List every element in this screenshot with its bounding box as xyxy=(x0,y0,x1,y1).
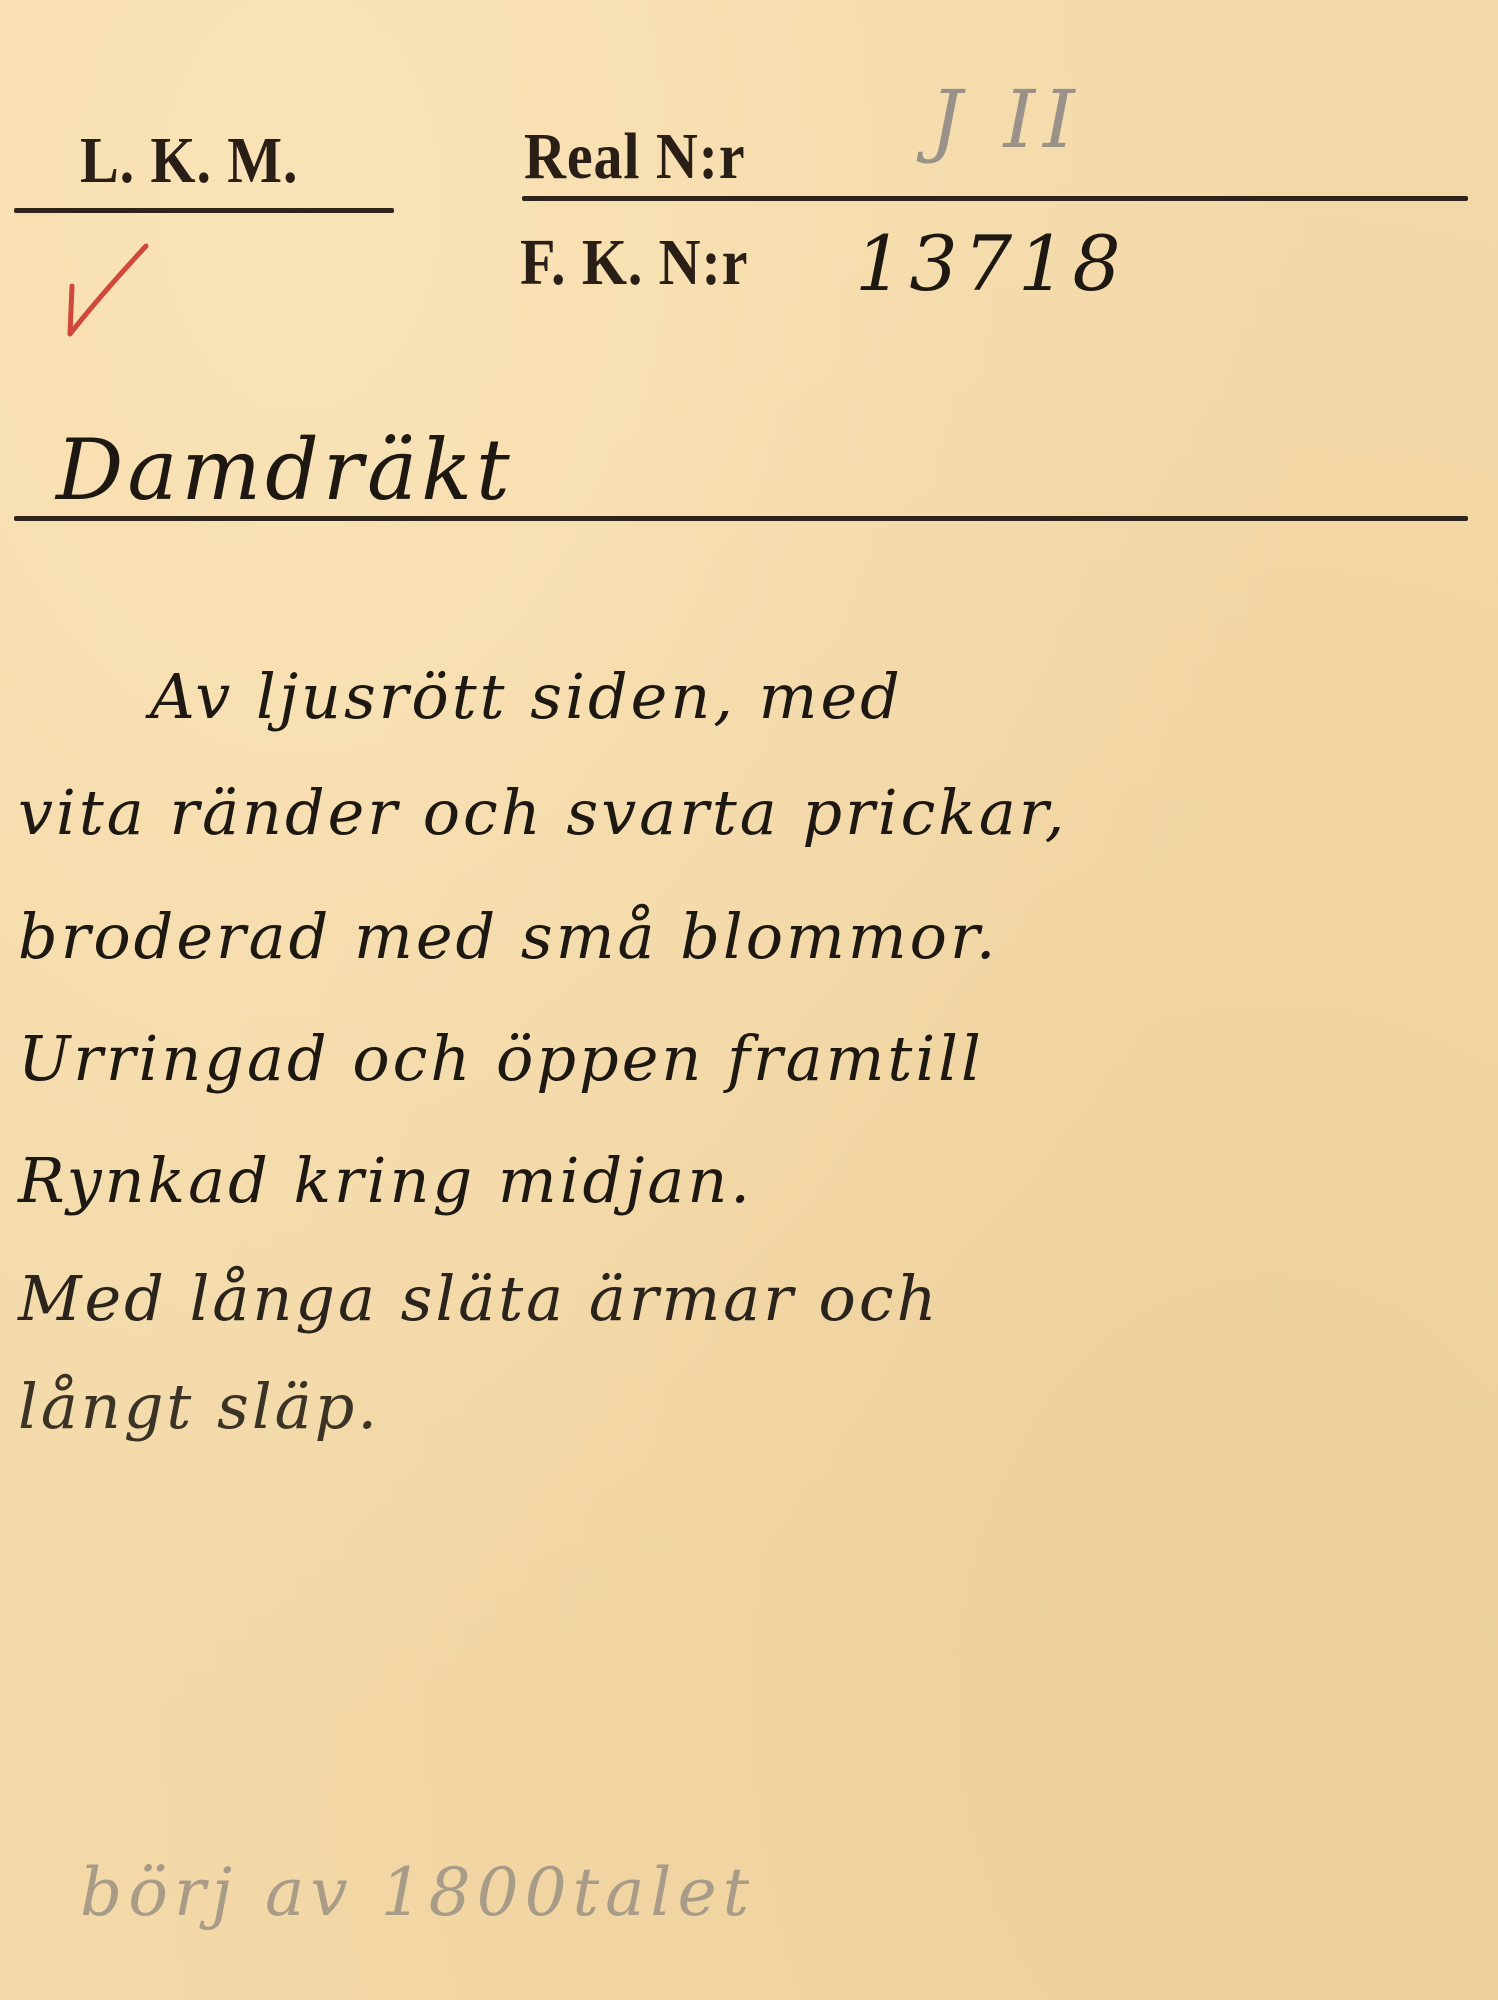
lkm-underline xyxy=(14,208,394,213)
description-line: Urringad och öppen framtill xyxy=(18,1028,984,1090)
lkm-label: L. K. M. xyxy=(80,128,298,194)
card-title: Damdräkt xyxy=(56,428,514,512)
description-line: Med långa släta ärmar och xyxy=(18,1268,940,1330)
fk-nr-label: F. K. N:r xyxy=(520,230,748,296)
real-nr-value: J II xyxy=(930,80,1083,160)
fk-nr-value: 13718 xyxy=(855,226,1127,302)
real-nr-label: Real N:r xyxy=(524,124,746,190)
description-line: Av ljusrött siden, med xyxy=(150,666,903,728)
description-line: långt släp. xyxy=(18,1376,380,1438)
real-nr-underline xyxy=(522,196,1468,201)
title-underline xyxy=(14,516,1468,521)
pencil-note: börj av 1800talet xyxy=(80,1860,755,1926)
description-line: vita ränder och svarta prickar, xyxy=(18,782,1067,844)
description-line: broderad med små blommor. xyxy=(18,906,998,968)
description-line: Rynkad kring midjan. xyxy=(18,1150,753,1212)
checkmark-icon xyxy=(58,238,168,348)
